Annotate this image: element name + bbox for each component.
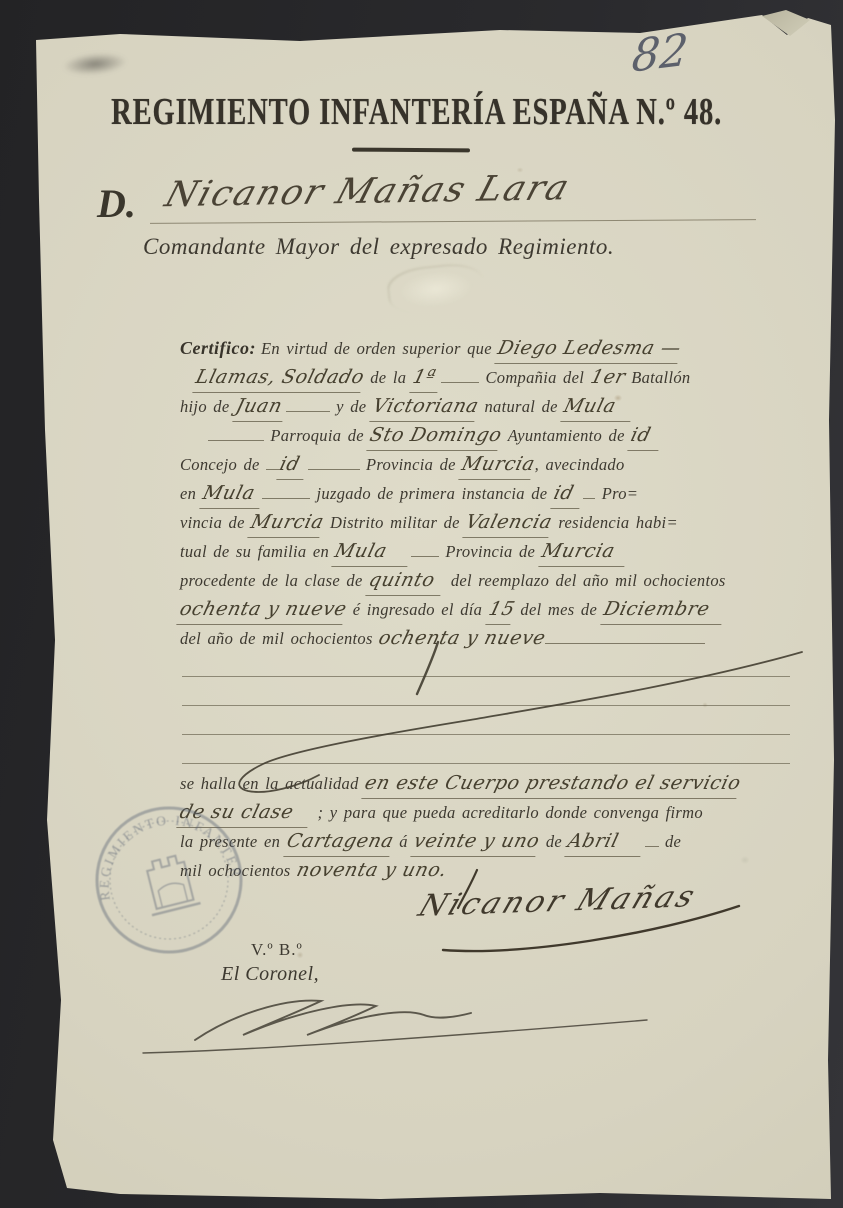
svg-text:REGIMIENTO INFANTERÍA: REGIMIENTO INFANTERÍA — [84, 800, 245, 917]
handwritten-text: 1ª — [409, 363, 445, 393]
handwritten-text: Murcia — [247, 508, 327, 538]
blank-ruled-line — [180, 711, 812, 740]
handwritten-text: Cartagena — [283, 827, 397, 857]
printed-text: ; y para que pueda acreditarlo donde con… — [311, 803, 703, 822]
printed-text: Concejo de — [180, 455, 266, 474]
certificate-line: Llamas, Soldado de la 1ª Compañia del 1e… — [180, 363, 812, 392]
certificate-line: Parroquia de Sto Domingo Ayuntamiento de… — [180, 421, 812, 450]
printed-text: residencia habi= — [552, 513, 678, 532]
handwritten-text: noventa y uno. — [293, 856, 450, 885]
handwritten-text: Mula — [332, 537, 415, 567]
printed-text: en — [180, 484, 203, 503]
handwritten-text: Diego Ledesma — — [495, 334, 685, 364]
handwritten-text: Mula — [199, 479, 266, 509]
certificate-line: de su clase ; y para que pueda acreditar… — [180, 798, 812, 827]
certificate-line: se halla en la actualidad en este Cuerpo… — [180, 769, 812, 798]
handwritten-text: ochenta y nueve — [375, 624, 549, 653]
handwritten-text: id — [627, 421, 666, 451]
certificate-line: la presente en Cartagena á veinte y uno … — [180, 827, 812, 856]
certificate-line: procedente de la clase de quinto del ree… — [180, 566, 812, 595]
handwritten-text: en este Cuerpo prestando el servicio — [361, 769, 744, 799]
printed-text: , avecindado — [535, 455, 625, 474]
printed-text: juzgado de primera instancia de — [310, 484, 554, 503]
handwritten-text: Murcia — [538, 537, 632, 567]
certificate-line: Certifico: En virtud de orden superior q… — [180, 334, 812, 363]
printed-text: y de — [330, 397, 373, 416]
certificate-line: hijo de Juan y de Victoriana natural de … — [180, 392, 812, 421]
printed-text: En virtud de orden superior que — [261, 339, 498, 358]
certificate-line: tual de su familia en Mula Provincia de … — [180, 537, 812, 566]
handwritten-text: Llamas, Soldado — [192, 363, 367, 393]
printed-text: de la — [364, 368, 413, 387]
coronel-label: El Coronel, — [221, 963, 319, 986]
printed-text: se halla en la actualidad — [180, 774, 365, 793]
certify-label: Certifico: — [180, 338, 261, 358]
blank-rule — [545, 628, 705, 644]
printed-text: Compañia del — [479, 368, 591, 387]
printed-text: Ayuntamiento de — [502, 426, 631, 445]
handwritten-text: 15 — [485, 595, 518, 625]
certificate-line: en Mula juzgado de primera instancia de … — [180, 479, 812, 508]
printed-text: procedente de la clase de — [180, 571, 369, 590]
blank-rule — [266, 454, 280, 470]
certificate-body: Certifico: En virtud de orden superior q… — [180, 334, 812, 885]
handwritten-text: Victoriana — [369, 392, 482, 422]
blank-rule — [262, 483, 310, 499]
don-prefix: D. — [97, 180, 136, 227]
printed-text: é ingresado el día — [346, 600, 488, 619]
blank-ruled-line — [180, 740, 812, 769]
blank-rule — [411, 541, 439, 557]
blank-rule — [645, 831, 659, 847]
officer-title-line: Comandante Mayor del expresado Regimient… — [143, 234, 614, 260]
printed-text: hijo de — [180, 397, 236, 416]
handwritten-text: veinte y uno — [411, 827, 544, 857]
handwritten-text: id — [550, 479, 587, 509]
printed-text: Pro= — [595, 484, 638, 503]
handwritten-text: id — [276, 450, 311, 480]
handwritten-text: Abril — [565, 827, 649, 857]
blank-rule — [208, 425, 264, 441]
certificate-line: del año de mil ochocientos ochenta y nue… — [180, 624, 812, 653]
certificate-line: Concejo de id Provincia de Murcia, aveci… — [180, 450, 812, 479]
blank-rule — [441, 367, 479, 383]
printed-text: á — [393, 832, 414, 851]
printed-text: del mes de — [514, 600, 604, 619]
blank-rule — [308, 454, 360, 470]
certificate-line: ochenta y nueve é ingresado el día 15 de… — [180, 595, 812, 624]
printed-text: Provincia de — [360, 455, 463, 474]
printed-text: tual de su familia en — [180, 542, 335, 561]
printed-text: de — [539, 832, 568, 851]
printed-text: Parroquia de — [264, 426, 370, 445]
handwritten-text: Murcia — [458, 450, 538, 480]
printed-text: del reemplazo del año mil ochocientos — [444, 571, 725, 590]
scanned-certificate-photo: 82 REGIMIENTO INFANTERÍA ESPAÑA N.º 48. … — [0, 0, 843, 1208]
header-rule — [352, 148, 470, 153]
blank-ruled-line — [180, 682, 812, 711]
printed-text: Provincia de — [439, 542, 542, 561]
regiment-title: REGIMIENTO INFANTERÍA ESPAÑA N.º 48. — [111, 92, 722, 135]
handwritten-text: Sto Domingo — [367, 421, 506, 451]
printed-text: natural de — [478, 397, 564, 416]
folio-number: 82 — [630, 24, 690, 83]
printed-text: Distrito militar de — [324, 513, 467, 532]
handwritten-text: Valencia — [462, 508, 555, 538]
stamp-arc-text: REGIMIENTO INFANTERÍA — [84, 800, 245, 917]
printed-text: vincia de — [180, 513, 251, 532]
handwritten-text: Juan — [232, 392, 289, 422]
printed-text: de — [659, 832, 682, 851]
blank-ruled-line — [180, 653, 812, 682]
certificate-line: vincia de Murcia Distrito militar de Val… — [180, 508, 812, 537]
certificate-line: mil ochocientos noventa y uno. — [180, 856, 812, 885]
regiment-header: REGIMIENTO INFANTERÍA ESPAÑA N.º 48. — [0, 94, 833, 132]
printed-text: del año de mil ochocientos — [180, 629, 379, 648]
handwritten-text: Mula — [560, 392, 637, 422]
handwritten-text: Diciembre — [600, 595, 729, 625]
printed-text: Batallón — [625, 368, 691, 387]
regiment-stamp: REGIMIENTO INFANTERÍA — [84, 800, 254, 960]
blank-rule — [286, 396, 330, 412]
handwritten-text: ochenta y nueve — [176, 595, 350, 625]
handwritten-text: 1er — [587, 363, 628, 392]
handwritten-text: quinto — [365, 566, 448, 596]
vobo-label: V.º B.º — [251, 940, 303, 960]
